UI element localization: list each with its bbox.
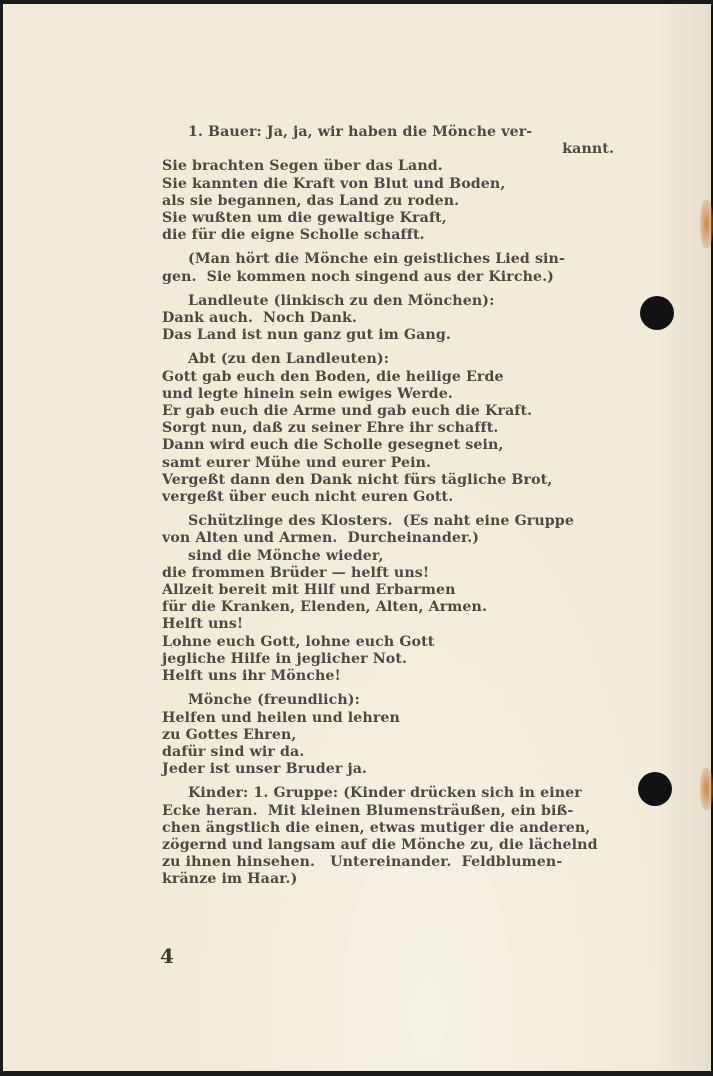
- speaker-line: Schützlinge des Klosters. (Es naht eine …: [162, 513, 614, 530]
- text-line: und legte hinein sein ewiges Werde.: [162, 386, 614, 403]
- text-line: Gott gab euch den Boden, die heilige Erd…: [162, 369, 614, 386]
- text-line: als sie begannen, das Land zu roden.: [162, 193, 614, 210]
- speech-abt: Abt (zu den Landleuten): Gott gab euch d…: [162, 351, 614, 506]
- text-line: sind die Mönche wieder,: [162, 548, 614, 565]
- text-line: Helft uns!: [162, 616, 614, 633]
- rust-stain: [700, 768, 713, 810]
- speech-moenche: Mönche (freundlich): Helfen und heilen u…: [162, 692, 614, 778]
- text-line: Dank auch. Noch Dank.: [162, 310, 614, 327]
- speaker-line: Abt (zu den Landleuten):: [162, 351, 614, 368]
- speech-bauer: 1. Bauer: Ja, ja, wir haben die Mönche v…: [162, 124, 614, 244]
- speaker-line: Mönche (freundlich):: [162, 692, 614, 709]
- text-line: Dann wird euch die Scholle gesegnet sein…: [162, 437, 614, 454]
- text-line: kränze im Haar.): [162, 871, 614, 888]
- speaker-line: Kinder: 1. Gruppe: (Kinder drücken sich …: [162, 785, 614, 802]
- text-line: Ecke heran. Mit kleinen Blumensträußen, …: [162, 803, 614, 820]
- text-line: zu ihnen hinsehen. Untereinander. Feldbl…: [162, 854, 614, 871]
- text-line: Allzeit bereit mit Hilf und Erbarmen: [162, 582, 614, 599]
- punch-hole-icon: [640, 296, 674, 330]
- text-line: (Man hört die Mönche ein geistliches Lie…: [162, 251, 614, 268]
- text-line: Vergeßt dann den Dank nicht fürs täglich…: [162, 472, 614, 489]
- text-line: Sie brachten Segen über das Land.: [162, 158, 614, 175]
- text-line: die frommen Brüder — helft uns!: [162, 565, 614, 582]
- text-line: Sie wußten um die gewaltige Kraft,: [162, 210, 614, 227]
- speaker-line: 1. Bauer: Ja, ja, wir haben die Mönche v…: [162, 124, 614, 141]
- text-line: vergeßt über euch nicht euren Gott.: [162, 489, 614, 506]
- stage-direction-kinder: Kinder: 1. Gruppe: (Kinder drücken sich …: [162, 785, 614, 888]
- scan-edge-bottom: [0, 1071, 713, 1076]
- text-line: Sorgt nun, daß zu seiner Ehre ihr schaff…: [162, 420, 614, 437]
- text-line: samt eurer Mühe und eurer Pein.: [162, 455, 614, 472]
- text-line: dafür sind wir da.: [162, 744, 614, 761]
- text-line: Das Land ist nun ganz gut im Gang.: [162, 327, 614, 344]
- speaker-line: Landleute (linkisch zu den Mönchen):: [162, 293, 614, 310]
- text-line: Lohne euch Gott, lohne euch Gott: [162, 634, 614, 651]
- text-line: Er gab euch die Arme und gab euch die Kr…: [162, 403, 614, 420]
- speech-landleute: Landleute (linkisch zu den Mönchen): Dan…: [162, 293, 614, 345]
- text-line: Jeder ist unser Bruder ja.: [162, 761, 614, 778]
- page-number: 4: [160, 944, 174, 968]
- text-line: zögernd und langsam auf die Mönche zu, d…: [162, 837, 614, 854]
- speech-schuetzlinge: Schützlinge des Klosters. (Es naht eine …: [162, 513, 614, 685]
- text-line: Sie kannten die Kraft von Blut und Boden…: [162, 176, 614, 193]
- text-line: Helft uns ihr Mönche!: [162, 668, 614, 685]
- rust-stain: [700, 200, 713, 248]
- text-line: gen. Sie kommen noch singend aus der Kir…: [162, 269, 614, 286]
- text-line: von Alten und Armen. Durcheinander.): [162, 530, 614, 547]
- text-line: Helfen und heilen und lehren: [162, 710, 614, 727]
- text-line: zu Gottes Ehren,: [162, 727, 614, 744]
- text-line: die für die eigne Scholle schafft.: [162, 227, 614, 244]
- stage-direction-monks-singing: (Man hört die Mönche ein geistliches Lie…: [162, 251, 614, 285]
- text-line: kannt.: [162, 141, 614, 158]
- text-line: für die Kranken, Elenden, Alten, Armen.: [162, 599, 614, 616]
- script-text: 1. Bauer: Ja, ja, wir haben die Mönche v…: [162, 124, 614, 896]
- text-line: jegliche Hilfe in jeglicher Not.: [162, 651, 614, 668]
- punch-hole-icon: [638, 772, 672, 806]
- text-line: chen ängstlich die einen, etwas mutiger …: [162, 820, 614, 837]
